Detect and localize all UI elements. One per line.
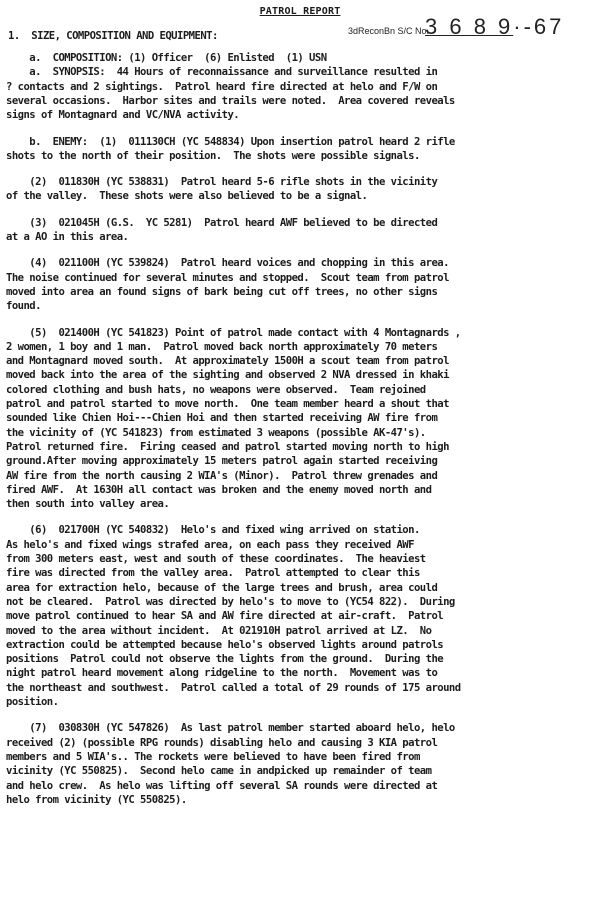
- report-line: area for extraction helo, because of the…: [6, 582, 437, 595]
- report-line: ? contacts and 2 sightings. Patrol heard…: [6, 81, 437, 94]
- report-line: vicinity (YC 550825). Second helo came i…: [6, 765, 431, 778]
- report-line: found.: [6, 300, 41, 313]
- report-line: of the valley. These shots were also bel…: [6, 190, 367, 203]
- report-line: patrol and patrol started to move north.…: [6, 398, 449, 411]
- report-line: a. SYNOPSIS: 44 Hours of reconnaissance …: [6, 66, 437, 79]
- report-line: a. COMPOSITION: (1) Officer (6) Enlisted…: [6, 52, 327, 65]
- report-line: (3) 021045H (G.S. YC 5281) Patrol heard …: [6, 217, 437, 230]
- report-line: the northeast and southwest. Patrol call…: [6, 682, 461, 695]
- section-heading: 1. SIZE, COMPOSITION AND EQUIPMENT:: [8, 30, 218, 43]
- report-line: Patrol returned fire. Firing ceased and …: [6, 441, 449, 454]
- report-line: As helo's and fixed wings strafed area, …: [6, 539, 414, 552]
- report-line: shots to the north of their position. Th…: [6, 150, 420, 163]
- report-line: from 300 meters east, west and south of …: [6, 553, 426, 566]
- report-line: (5) 021400H (YC 541823) Point of patrol …: [6, 327, 461, 340]
- control-number-label: 3dReconBn S/C No.: [348, 26, 429, 36]
- report-line: night patrol heard movement along ridgel…: [6, 667, 437, 680]
- report-line: signs of Montagnard and VC/NVA activity.: [6, 109, 239, 122]
- report-line: moved into area an found signs of bark b…: [6, 286, 437, 299]
- report-line: The noise continued for several minutes …: [6, 272, 449, 285]
- control-number-digits: 3 6 8 9: [425, 14, 513, 39]
- report-line: fire was directed from the valley area. …: [6, 567, 420, 580]
- report-line: sounded like Chien Hoi---Chien Hoi and t…: [6, 412, 437, 425]
- report-line: the vicinity of (YC 541823) from estimat…: [6, 427, 426, 440]
- report-line: and helo crew. As helo was lifting off s…: [6, 780, 437, 793]
- report-line: moved to the area without incident. At 0…: [6, 625, 431, 638]
- report-line: (4) 021100H (YC 539824) Patrol heard voi…: [6, 257, 449, 270]
- report-line: (7) 030830H (YC 547826) As last patrol m…: [6, 722, 455, 735]
- report-line: members and 5 WIA's.. The rockets were b…: [6, 751, 420, 764]
- report-line: then south into valley area.: [6, 498, 169, 511]
- report-line: b. ENEMY: (1) 011130CH (YC 548834) Upon …: [6, 136, 455, 149]
- report-line: move patrol continued to hear SA and AW …: [6, 610, 443, 623]
- report-line: extraction could be attempted because he…: [6, 639, 443, 652]
- report-line: received (2) (possible RPG rounds) disab…: [6, 737, 437, 750]
- report-line: fired AWF. At 1630H all contact was brok…: [6, 484, 431, 497]
- patrol-report-page: PATROL REPORT 1. SIZE, COMPOSITION AND E…: [0, 0, 600, 899]
- report-line: not be cleared. Patrol was directed by h…: [6, 596, 455, 609]
- report-line: position.: [6, 696, 58, 709]
- report-line: (6) 021700H (YC 540832) Helo's and fixed…: [6, 524, 420, 537]
- report-line: (2) 011830H (YC 538831) Patrol heard 5-6…: [6, 176, 437, 189]
- report-line: and Montagnard moved south. At approxima…: [6, 355, 449, 368]
- report-line: AW fire from the north causing 2 WIA's (…: [6, 470, 437, 483]
- report-line: ground.After moving approximately 15 met…: [6, 455, 437, 468]
- report-line: 2 women, 1 boy and 1 man. Patrol moved b…: [6, 341, 437, 354]
- control-number-suffix: ·-67: [513, 14, 564, 39]
- report-line: at a AO in this area.: [6, 231, 128, 244]
- report-line: several occasions. Harbor sites and trai…: [6, 95, 455, 108]
- control-number: 3 6 8 9·-67: [425, 14, 564, 40]
- report-line: moved back into the area of the sighting…: [6, 369, 449, 382]
- report-line: positions Patrol could not observe the l…: [6, 653, 443, 666]
- report-line: colored clothing and bush hats, no weapo…: [6, 384, 426, 397]
- report-line: helo from vicinity (YC 550825).: [6, 794, 187, 807]
